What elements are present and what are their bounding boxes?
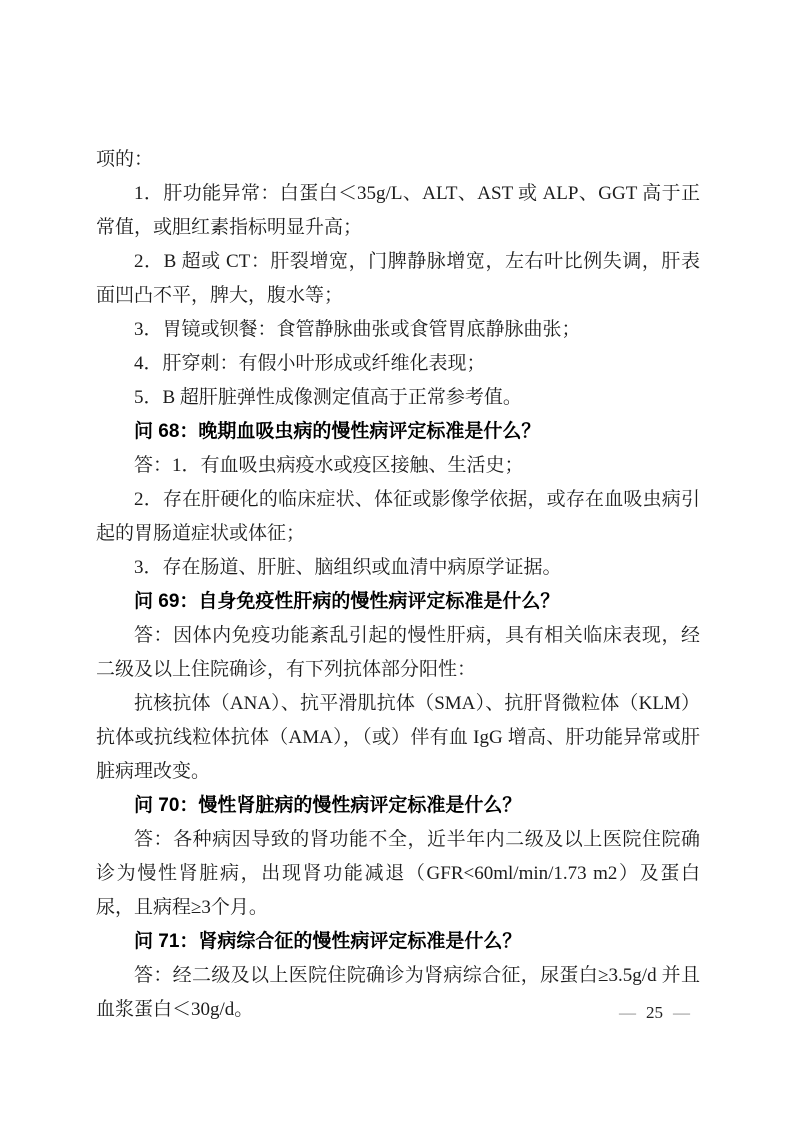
question-68-heading: 问 68：晚期血吸虫病的慢性病评定标准是什么？ [96, 415, 700, 449]
page-number: 25 [646, 1003, 663, 1022]
footer-left-dash: — [619, 1003, 636, 1022]
footer-right-dash: — [673, 1003, 690, 1022]
question-69-heading: 问 69：自身免疫性肝病的慢性病评定标准是什么？ [96, 585, 700, 619]
answer-71-paragraph: 答：经二级及以上医院住院确诊为肾病综合征，尿蛋白≥3.5g/d 并且血浆蛋白＜3… [96, 959, 700, 1027]
document-page: 项的： 1．肝功能异常：白蛋白＜35g/L、ALT、AST 或 ALP、GGT … [0, 0, 793, 1122]
list-item-1-liver-function: 1．肝功能异常：白蛋白＜35g/L、ALT、AST 或 ALP、GGT 高于正常… [96, 177, 700, 245]
answer-68-item-1: 答：1．有血吸虫病疫水或疫区接触、生活史； [96, 449, 700, 483]
page-footer: —25— [619, 1002, 690, 1024]
list-item-5-elastography: 5．B 超肝脏弹性成像测定值高于正常参考值。 [96, 381, 700, 415]
answer-69-antibodies-paragraph: 抗核抗体（ANA）、抗平滑肌抗体（SMA）、抗肝肾微粒体（KLM）抗体或抗线粒体… [96, 687, 700, 789]
paragraph-continuation: 项的： [96, 143, 700, 177]
answer-68-item-3: 3．存在肠道、肝脏、脑组织或血清中病原学证据。 [96, 551, 700, 585]
list-item-2-ultrasound-ct: 2．B 超或 CT：肝裂增宽，门脾静脉增宽，左右叶比例失调，肝表面凹凸不平，脾大… [96, 245, 700, 313]
document-body: 项的： 1．肝功能异常：白蛋白＜35g/L、ALT、AST 或 ALP、GGT … [96, 143, 700, 1027]
answer-70-paragraph: 答：各种病因导致的肾功能不全，近半年内二级及以上医院住院确诊为慢性肾脏病，出现肾… [96, 823, 700, 925]
question-71-heading: 问 71：肾病综合征的慢性病评定标准是什么？ [96, 925, 700, 959]
answer-69-paragraph: 答：因体内免疫功能紊乱引起的慢性肝病，具有相关临床表现，经二级及以上住院确诊，有… [96, 619, 700, 687]
answer-68-item-2: 2．存在肝硬化的临床症状、体征或影像学依据，或存在血吸虫病引起的胃肠道症状或体征… [96, 483, 700, 551]
list-item-3-gastroscopy: 3．胃镜或钡餐：食管静脉曲张或食管胃底静脉曲张； [96, 313, 700, 347]
question-70-heading: 问 70：慢性肾脏病的慢性病评定标准是什么？ [96, 789, 700, 823]
list-item-4-liver-biopsy: 4．肝穿刺：有假小叶形成或纤维化表现； [96, 347, 700, 381]
